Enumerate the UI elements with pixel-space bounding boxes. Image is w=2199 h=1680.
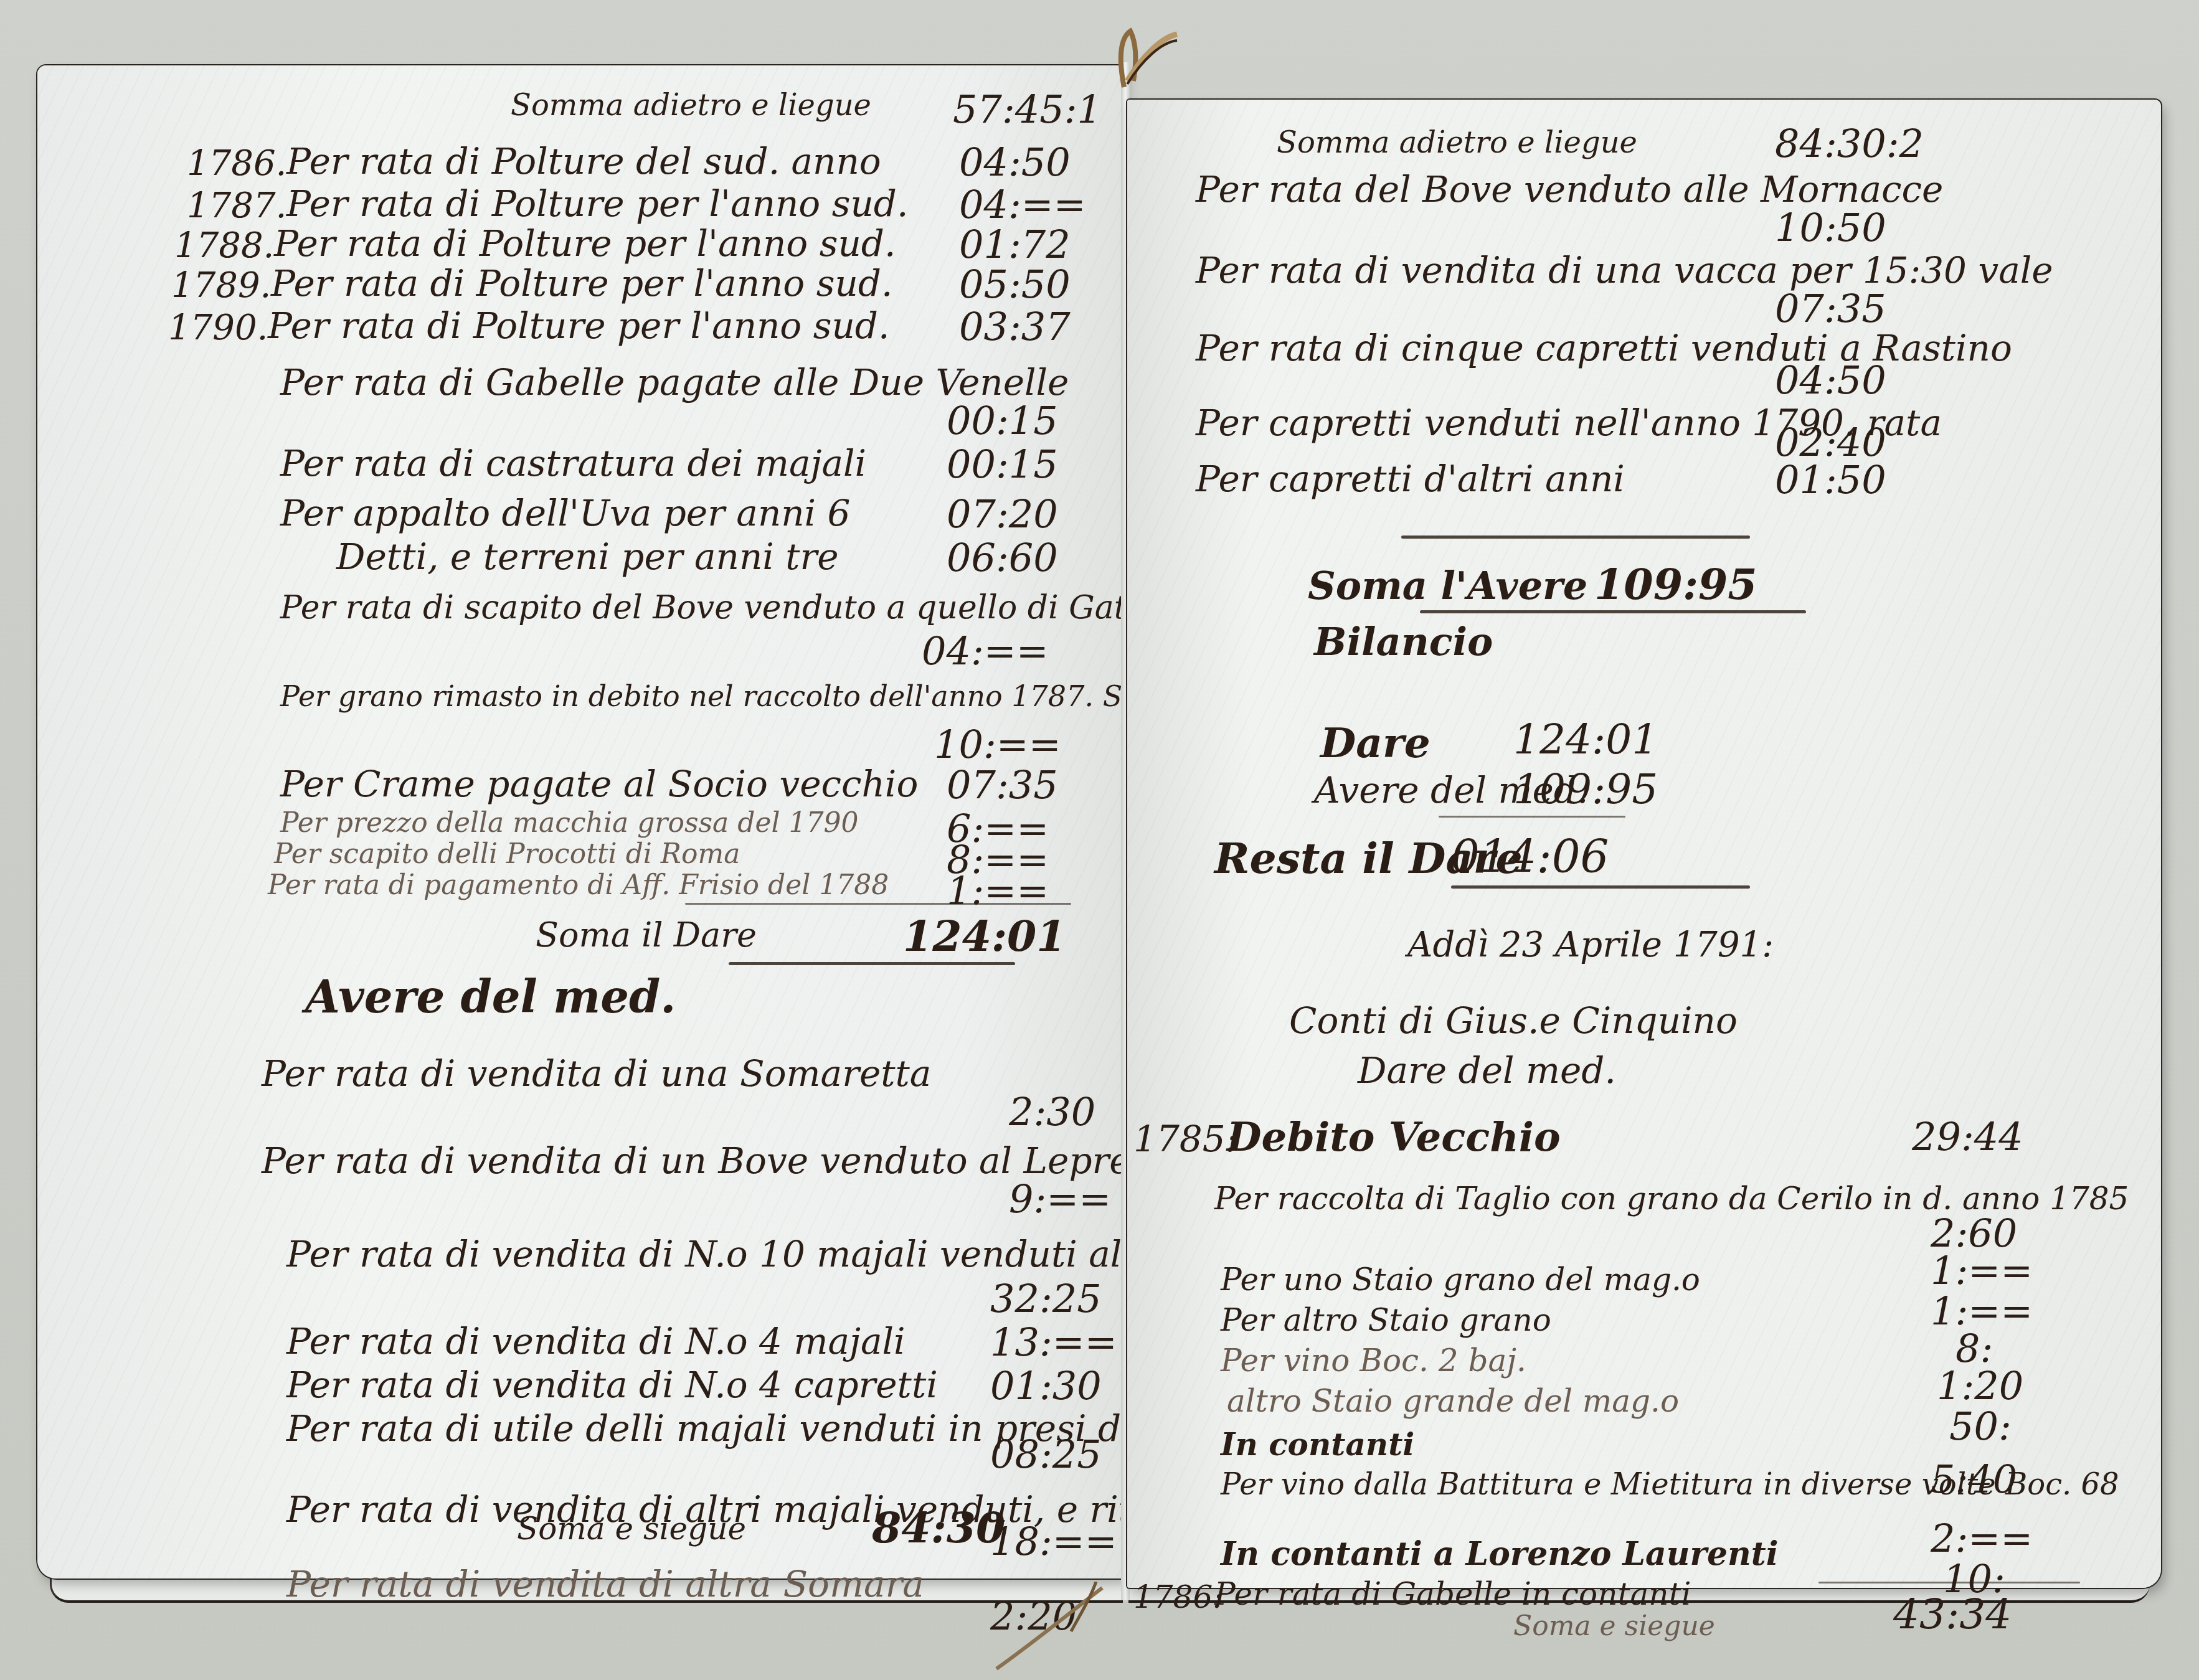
subtotal-amount: 84:30	[872, 1507, 1005, 1549]
total-underline	[1420, 610, 1806, 613]
entry-year: 1786:	[1133, 1582, 1223, 1613]
entry-text: Per appalto dell'Uva per anni 6	[280, 495, 850, 531]
entry-text: Per rata di Polture per l'anno sud.	[271, 265, 892, 301]
entry-text: Per rata di Gabelle pagate alle Due Vene…	[280, 364, 1069, 400]
total-underline	[729, 962, 1015, 965]
entry-text: Per rata di Gabelle in contanti	[1214, 1579, 1691, 1610]
entry-text: Per rata di Polture per l'anno sud.	[274, 225, 896, 262]
avere-heading: Avere del med.	[305, 974, 676, 1019]
entry-text: Per rata di pagamento di Aff. Frisio del…	[268, 872, 889, 899]
entry-text: altro Staio grande del mag.o	[1227, 1385, 1679, 1417]
entry-amount: 1:==	[1931, 1292, 2033, 1331]
dare-total-label: Soma il Dare	[536, 918, 757, 952]
subtotal-amount: 43:34	[1893, 1594, 2012, 1635]
avere-total-amount: 109:95	[1594, 564, 1757, 606]
entry-amount: 01:72	[959, 225, 1071, 264]
entry-text: Per rata di vendita di N.o 4 capretti	[286, 1367, 938, 1403]
bilancio-rule	[1439, 816, 1625, 818]
subtotal-label: Soma e siegue	[1513, 1613, 1715, 1640]
entry-amount: 2:60	[1931, 1214, 2017, 1253]
entry-amount: 04:==	[922, 632, 1049, 671]
bilancio-dare-amount: 124:01	[1513, 719, 1658, 760]
entry-amount: 9:==	[1009, 1180, 1111, 1219]
entry-amount: 01:30	[990, 1367, 1102, 1405]
entry-text: Per rata di vendita di un Bove venduto a…	[262, 1143, 1131, 1179]
entry-amount: 07:35	[1775, 290, 1886, 328]
entry-amount: 1:20	[1937, 1367, 2023, 1405]
entry-amount: 1:==	[1931, 1252, 2033, 1290]
entry-text: In contanti	[1221, 1429, 1414, 1460]
bilancio-dare-label: Dare	[1320, 722, 1431, 763]
bilancio-avere-amount: 109:95	[1513, 769, 1658, 810]
entry-amount: 08:25	[990, 1435, 1102, 1474]
entry-amount: 07:35	[947, 766, 1058, 805]
entry-amount: 03:37	[959, 308, 1071, 346]
entry-text: Per rata di scapito del Bove venduto a q…	[280, 592, 1234, 624]
entry-amount: 04:50	[959, 143, 1071, 182]
entry-text: Per rata del Bove venduto alle Mornacce	[1196, 171, 1943, 207]
entry-text: Per rata di vendita di una Somaretta	[262, 1055, 931, 1092]
carried-forward-amount: 84:30:2	[1775, 125, 1924, 163]
entry-amount: 01:50	[1775, 461, 1886, 499]
entry-year: 1787.	[187, 189, 286, 224]
entry-amount: 02:40	[1775, 423, 1886, 462]
entry-text: Per rata di Polture per l'anno sud.	[286, 186, 908, 222]
entry-year: 1788.	[174, 229, 274, 263]
entry-text: Per rata di Polture del sud. anno	[286, 143, 881, 179]
right-page: Somma adietro e liegue 84:30:2 Per rata …	[1127, 100, 2161, 1588]
binding-string-top-icon	[1105, 19, 1180, 100]
subtotal-rule	[1818, 1582, 2080, 1583]
entry-amount: 2:30	[1009, 1093, 1095, 1131]
bilancio-resta-amount: 014:06	[1451, 834, 1609, 879]
dare-total-amount: 124:01	[903, 915, 1066, 958]
entry-text: Per uno Staio grano del mag.o	[1221, 1264, 1700, 1295]
bilancio-underline	[1451, 885, 1750, 889]
account-title: Conti di Gius.e Cinquino	[1289, 1003, 1738, 1039]
entry-amount: 5:40	[1931, 1460, 2017, 1499]
entry-text: Per Crame pagate al Socio vecchio	[280, 766, 918, 802]
entry-text: Per rata di vendita di N.o 4 majali	[286, 1323, 906, 1359]
bilancio-heading: Bilancio	[1314, 623, 1493, 661]
entry-amount: 04:==	[959, 186, 1086, 224]
entry-amount: 07:20	[947, 495, 1058, 534]
opening-year: 1785:	[1133, 1121, 1237, 1157]
entry-amount: 00:15	[947, 402, 1058, 440]
avere-total-label: Soma l'Avere	[1308, 567, 1587, 605]
entry-amount: 13:==	[990, 1323, 1117, 1362]
carried-forward-label: Somma adietro e liegue	[1277, 128, 1637, 158]
carried-forward-amount: 57:45:1	[953, 90, 1102, 129]
entry-amount: 50:	[1949, 1407, 2012, 1446]
subtotal-label: Soma e siegue	[517, 1513, 746, 1544]
binding-string-bottom-icon	[984, 1582, 1109, 1675]
entry-year: 1786.	[187, 146, 286, 181]
entry-amount: 10:==	[934, 725, 1061, 764]
entry-amount: 32:25	[990, 1280, 1102, 1318]
entry-text: Per rata di vendita di una vacca per 15:…	[1196, 252, 2053, 288]
entry-text: Detti, e terreni per anni tre	[336, 539, 839, 575]
entry-text: Per raccolta di Taglio con grano da Ceri…	[1214, 1183, 2129, 1214]
entry-text: Per rata di Polture per l'anno sud.	[268, 308, 889, 344]
entry-text: In contanti a Lorenzo Laurenti	[1221, 1538, 1779, 1570]
total-rule	[685, 903, 1071, 905]
opening-amount: 29:44	[1912, 1118, 2023, 1156]
entry-amount: 2:==	[1931, 1519, 2033, 1558]
entry-amount: 8:	[1955, 1329, 1993, 1368]
left-page: Somma adietro e liegue 57:45:1 1786. Per…	[37, 65, 1124, 1579]
entry-text: Per rata di castratura dei majali	[280, 445, 866, 481]
entry-amount: 00:15	[947, 445, 1058, 484]
entry-text: Per rata di cinque capretti venduti a Ra…	[1196, 330, 2012, 366]
carried-forward-label: Somma adietro e liegue	[511, 90, 871, 120]
entry-amount: 06:60	[947, 539, 1058, 577]
total-rule	[1401, 536, 1750, 539]
entry-year: 1790.	[168, 311, 268, 346]
entry-text: Per scapito delli Procotti di Roma	[274, 841, 740, 868]
opening-text: Debito Vecchio	[1227, 1118, 1561, 1158]
entry-text: Per prezzo della macchia grossa del 1790	[280, 809, 859, 837]
account-subtitle: Dare del med.	[1358, 1052, 1616, 1088]
entry-amount: 04:50	[1775, 361, 1886, 400]
entry-year: 1789.	[171, 268, 271, 303]
date-line: Addì 23 Aprile 1791:	[1407, 928, 1774, 963]
entry-text: Per altro Staio grano	[1221, 1305, 1551, 1336]
entry-text: Per capretti d'altri anni	[1196, 461, 1625, 497]
entry-text: Per vino Boc. 2 baj.	[1221, 1345, 1526, 1376]
entry-amount: 10:50	[1775, 209, 1886, 247]
entry-amount: 05:50	[959, 265, 1071, 304]
entry-text: Per rata di vendita di altra Somara	[286, 1566, 924, 1602]
